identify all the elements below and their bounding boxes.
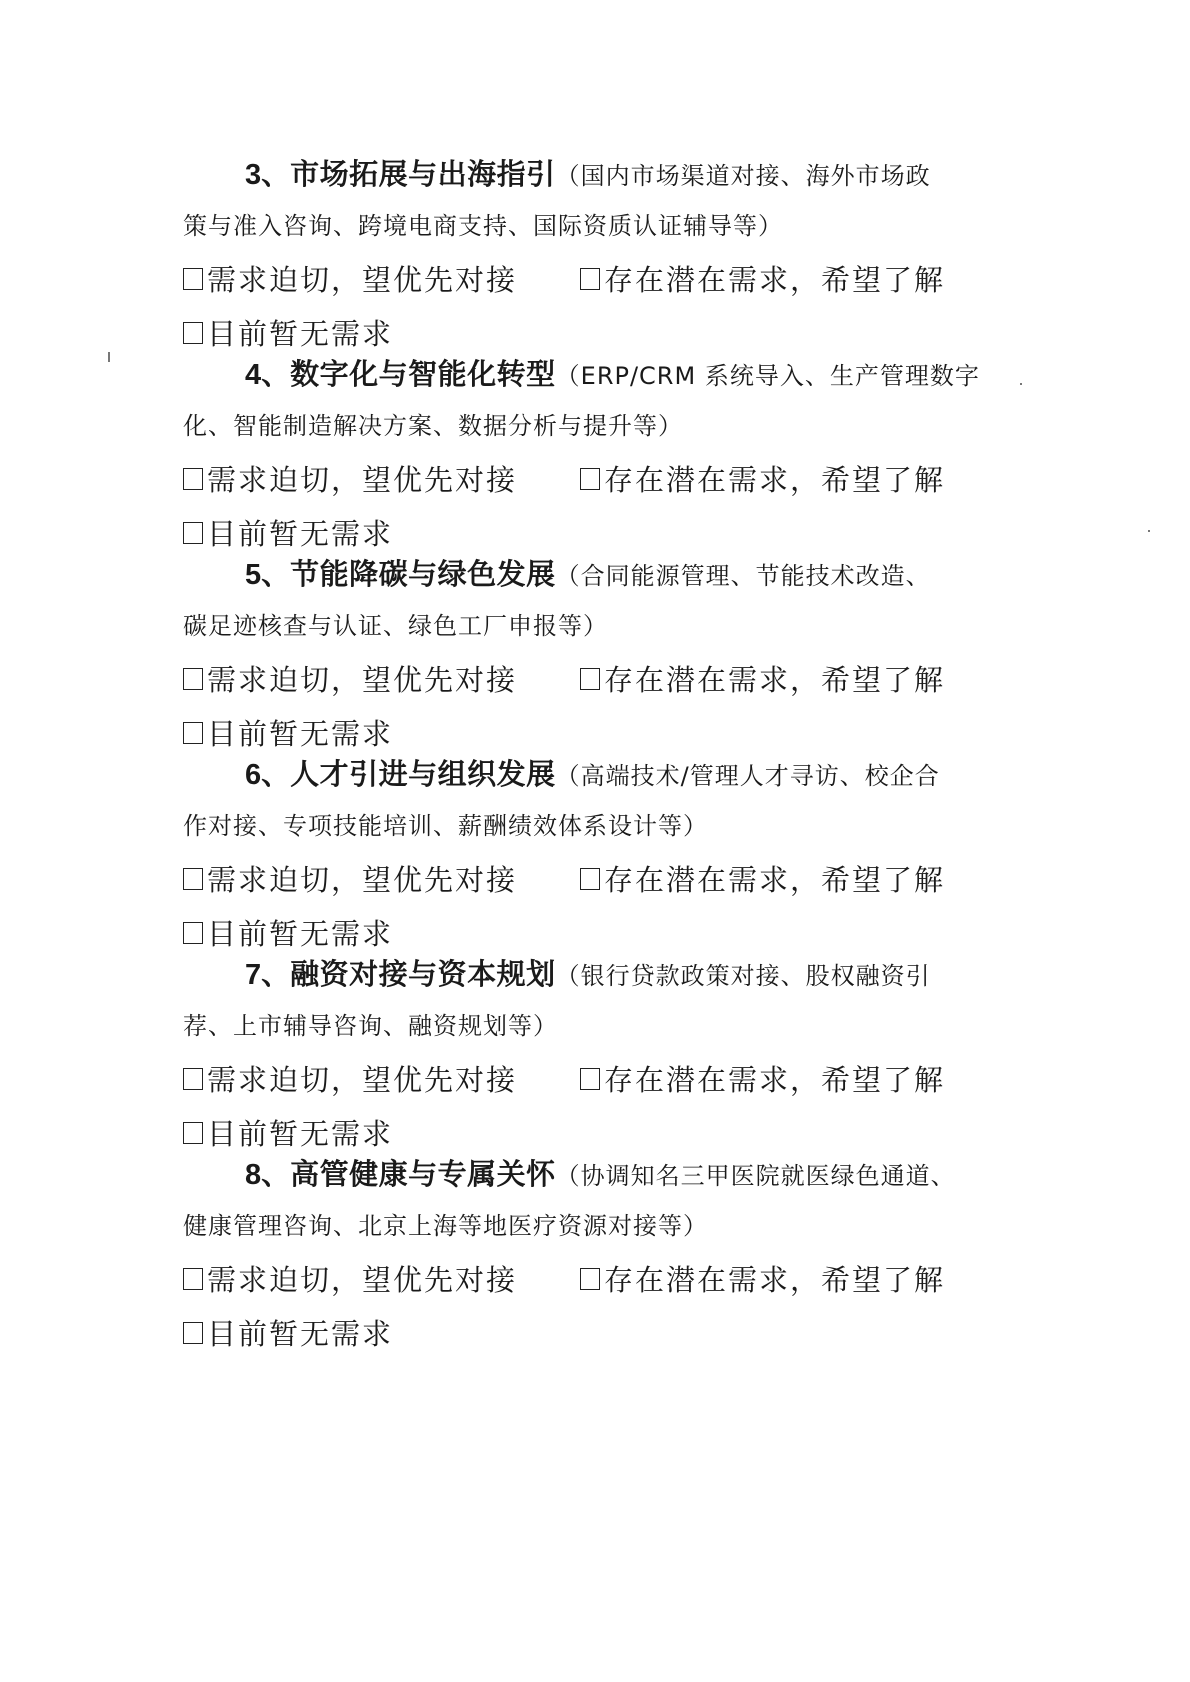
option-none[interactable]: 目前暂无需求 (183, 712, 393, 753)
option-potential[interactable]: 存在潜在需求，希望了解 (580, 1058, 945, 1099)
section-title: 高管健康与专属关怀 (290, 1157, 556, 1191)
option-label: 存在潜在需求，希望了解 (604, 1058, 945, 1099)
section-number: 4、 (245, 359, 290, 391)
section-number: 7、 (245, 959, 290, 991)
option-label: 目前暂无需求 (207, 1312, 393, 1353)
section-heading: 8、高管健康与专属关怀（协调知名三甲医院就医绿色通道、 (245, 1152, 956, 1193)
checkbox-icon[interactable] (183, 922, 203, 944)
checkbox-icon[interactable] (183, 722, 203, 744)
option-potential[interactable]: 存在潜在需求，希望了解 (580, 258, 945, 299)
section-heading: 6、人才引进与组织发展（高端技术/管理人才寻访、校企合 (245, 752, 940, 793)
option-none[interactable]: 目前暂无需求 (183, 312, 393, 353)
section-description-continued: 策与准入咨询、跨境电商支持、国际资质认证辅导等） (183, 206, 783, 241)
section-number: 8、 (245, 1159, 290, 1191)
option-label: 存在潜在需求，希望了解 (604, 658, 945, 699)
section-heading: 4、数字化与智能化转型（ERP/CRM 系统导入、生产管理数字 (245, 352, 980, 393)
option-label: 需求迫切，望优先对接 (207, 1058, 517, 1099)
option-label: 需求迫切，望优先对接 (207, 258, 517, 299)
section-description-continued: 健康管理咨询、北京上海等地医疗资源对接等） (183, 1206, 708, 1241)
options-row-2: 目前暂无需求 (183, 512, 393, 553)
option-urgent[interactable]: 需求迫切，望优先对接 (183, 1258, 517, 1299)
section-title: 人才引进与组织发展 (290, 757, 556, 791)
option-urgent[interactable]: 需求迫切，望优先对接 (183, 858, 517, 899)
option-label: 目前暂无需求 (207, 912, 393, 953)
checkbox-icon[interactable] (183, 668, 203, 690)
section-description: （协调知名三甲医院就医绿色通道、 (556, 1162, 956, 1190)
section-description: （ERP/CRM 系统导入、生产管理数字 (556, 362, 980, 390)
option-potential[interactable]: 存在潜在需求，希望了解 (580, 458, 945, 499)
option-none[interactable]: 目前暂无需求 (183, 912, 393, 953)
options-row: 需求迫切，望优先对接 存在潜在需求，希望了解 (183, 258, 517, 299)
checkbox-icon[interactable] (183, 522, 203, 544)
section-number: 6、 (245, 759, 290, 791)
scan-speck (1020, 383, 1022, 385)
options-row-2: 目前暂无需求 (183, 312, 393, 353)
option-label: 目前暂无需求 (207, 1112, 393, 1153)
checkbox-icon[interactable] (183, 868, 203, 890)
checkbox-icon[interactable] (183, 322, 203, 344)
section-number: 3、 (245, 159, 290, 191)
options-row: 需求迫切，望优先对接 存在潜在需求，希望了解 (183, 858, 517, 899)
option-label: 目前暂无需求 (207, 512, 393, 553)
section-title: 数字化与智能化转型 (290, 357, 556, 391)
option-potential[interactable]: 存在潜在需求，希望了解 (580, 858, 945, 899)
checkbox-icon[interactable] (183, 1068, 203, 1090)
option-label: 目前暂无需求 (207, 312, 393, 353)
section-heading: 3、市场拓展与出海指引（国内市场渠道对接、海外市场政 (245, 152, 931, 193)
section-description: （高端技术/管理人才寻访、校企合 (556, 762, 940, 790)
section-description: （银行贷款政策对接、股权融资引 (556, 962, 931, 990)
checkbox-icon[interactable] (183, 1268, 203, 1290)
section-title: 融资对接与资本规划 (290, 957, 556, 991)
option-label: 需求迫切，望优先对接 (207, 1258, 517, 1299)
section-description-continued: 荐、上市辅导咨询、融资规划等） (183, 1006, 558, 1041)
option-label: 需求迫切，望优先对接 (207, 458, 517, 499)
checkbox-icon[interactable] (183, 268, 203, 290)
checkbox-icon[interactable] (580, 268, 600, 290)
options-row-2: 目前暂无需求 (183, 712, 393, 753)
section-title: 节能降碳与绿色发展 (290, 557, 556, 591)
option-label: 需求迫切，望优先对接 (207, 858, 517, 899)
section-description-continued: 作对接、专项技能培训、薪酬绩效体系设计等） (183, 806, 708, 841)
option-urgent[interactable]: 需求迫切，望优先对接 (183, 258, 517, 299)
option-label: 需求迫切，望优先对接 (207, 658, 517, 699)
checkbox-icon[interactable] (183, 1322, 203, 1344)
options-row: 需求迫切，望优先对接 存在潜在需求，希望了解 (183, 1258, 517, 1299)
scanned-page: 3、市场拓展与出海指引（国内市场渠道对接、海外市场政 策与准入咨询、跨境电商支持… (0, 0, 1190, 1682)
section-description: （合同能源管理、节能技术改造、 (556, 562, 931, 590)
checkbox-icon[interactable] (580, 1068, 600, 1090)
section-description: （国内市场渠道对接、海外市场政 (556, 162, 931, 190)
section-description-continued: 化、智能制造解决方案、数据分析与提升等） (183, 406, 683, 441)
checkbox-icon[interactable] (580, 1268, 600, 1290)
option-none[interactable]: 目前暂无需求 (183, 1312, 393, 1353)
section-description-continued: 碳足迹核查与认证、绿色工厂申报等） (183, 606, 608, 641)
option-potential[interactable]: 存在潜在需求，希望了解 (580, 658, 945, 699)
section-heading: 7、融资对接与资本规划（银行贷款政策对接、股权融资引 (245, 952, 931, 993)
options-row: 需求迫切，望优先对接 存在潜在需求，希望了解 (183, 1058, 517, 1099)
option-label: 存在潜在需求，希望了解 (604, 858, 945, 899)
section-number: 5、 (245, 559, 290, 591)
checkbox-icon[interactable] (183, 468, 203, 490)
options-row-2: 目前暂无需求 (183, 912, 393, 953)
checkbox-icon[interactable] (580, 468, 600, 490)
option-label: 存在潜在需求，希望了解 (604, 258, 945, 299)
options-row: 需求迫切，望优先对接 存在潜在需求，希望了解 (183, 658, 517, 699)
options-row-2: 目前暂无需求 (183, 1312, 393, 1353)
option-urgent[interactable]: 需求迫切，望优先对接 (183, 658, 517, 699)
scan-speck (108, 352, 110, 362)
section-heading: 5、节能降碳与绿色发展（合同能源管理、节能技术改造、 (245, 552, 931, 593)
section-title: 市场拓展与出海指引 (290, 157, 556, 191)
option-potential[interactable]: 存在潜在需求，希望了解 (580, 1258, 945, 1299)
checkbox-icon[interactable] (580, 868, 600, 890)
option-none[interactable]: 目前暂无需求 (183, 512, 393, 553)
options-row: 需求迫切，望优先对接 存在潜在需求，希望了解 (183, 458, 517, 499)
option-none[interactable]: 目前暂无需求 (183, 1112, 393, 1153)
option-label: 存在潜在需求，希望了解 (604, 458, 945, 499)
checkbox-icon[interactable] (580, 668, 600, 690)
option-urgent[interactable]: 需求迫切，望优先对接 (183, 458, 517, 499)
scan-speck (1148, 530, 1150, 532)
option-label: 目前暂无需求 (207, 712, 393, 753)
option-label: 存在潜在需求，希望了解 (604, 1258, 945, 1299)
option-urgent[interactable]: 需求迫切，望优先对接 (183, 1058, 517, 1099)
checkbox-icon[interactable] (183, 1122, 203, 1144)
options-row-2: 目前暂无需求 (183, 1112, 393, 1153)
